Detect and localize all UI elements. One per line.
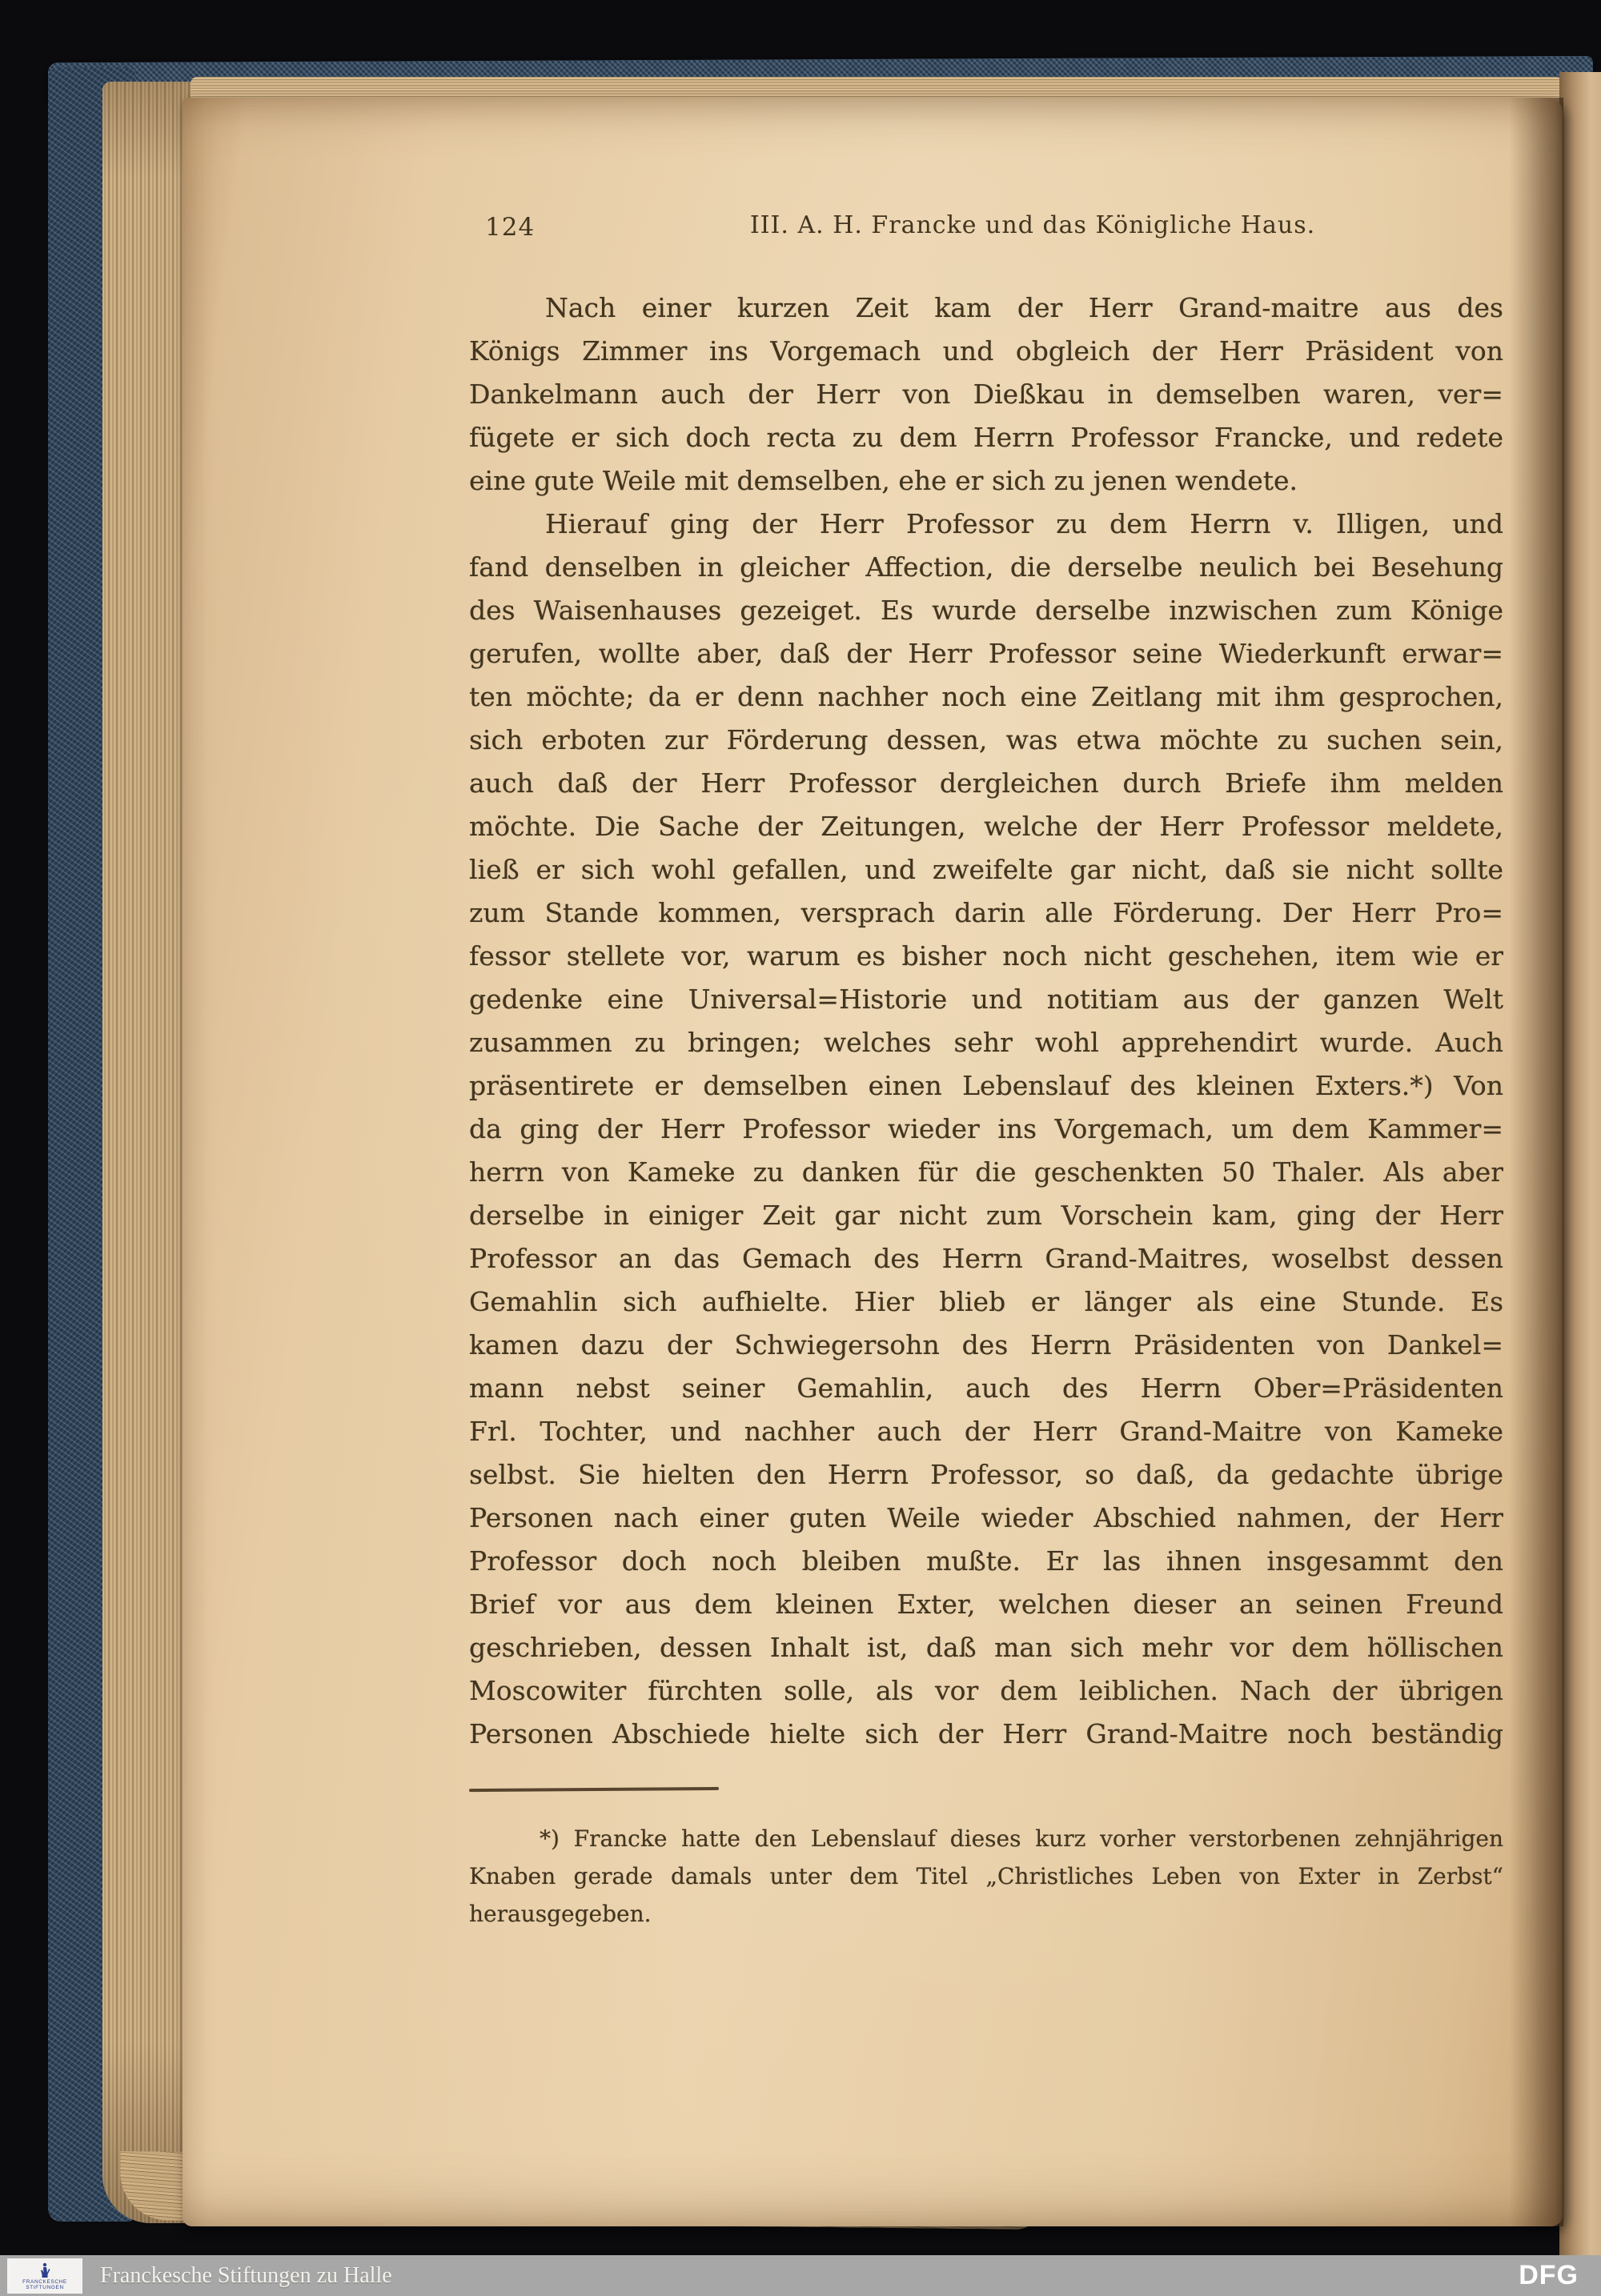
body-text-line: Dankelmann auch der Herr von Dießkau in … [469, 373, 1503, 416]
footnote-line: Knaben gerade damals unter dem Titel „Ch… [469, 1857, 1503, 1895]
body-text-line: Nach einer kurzen Zeit kam der Herr Gran… [469, 286, 1503, 330]
body-text-line: gedenke eine Universal=Historie und noti… [469, 978, 1503, 1021]
book-scan: 124 III. A. H. Francke und das Königlich… [0, 0, 1601, 2296]
body-text-line: kamen dazu der Schwiegersohn des Herrn P… [469, 1324, 1503, 1367]
body-text-line: selbst. Sie hielten den Herrn Professor,… [469, 1453, 1503, 1497]
body-text-line: fügete er sich doch recta zu dem Herrn P… [469, 416, 1503, 459]
body-text-line: Frl. Tochter, und nachher auch der Herr … [469, 1410, 1503, 1453]
body-text-line: ließ er sich wohl gefallen, und zweifelt… [469, 848, 1503, 892]
footnote-line: herausgegeben. [469, 1895, 1503, 1933]
body-text-line: Personen nach einer guten Weile wieder A… [469, 1497, 1503, 1540]
footnote-separator [469, 1787, 719, 1792]
body-text-line: da ging der Herr Professor wieder ins Vo… [469, 1108, 1503, 1151]
book-gutter-shadow [1509, 98, 1563, 2226]
page-number: 124 [485, 213, 535, 242]
body-text-line: Moscowiter fürchten solle, als vor dem l… [469, 1669, 1503, 1713]
body-text-line: Königs Zimmer ins Vorgemach und obgleich… [469, 330, 1503, 373]
body-text-line: auch daß der Herr Professor dergleichen … [469, 762, 1503, 805]
footnote: *) Francke hatte den Lebenslauf dieses k… [469, 1820, 1503, 1933]
body-text-line: sich erboten zur Förderung dessen, was e… [469, 719, 1503, 762]
body-text-line: gerufen, wollte aber, daß der Herr Profe… [469, 632, 1503, 675]
body-text-line: ten möchte; da er denn nachher noch eine… [469, 675, 1503, 719]
footnote-line: *) Francke hatte den Lebenslauf dieses k… [469, 1820, 1503, 1857]
body-text-line: Professor doch noch bleiben mußte. Er la… [469, 1540, 1503, 1583]
body-text-line: Professor an das Gemach des Herrn Grand-… [469, 1237, 1503, 1280]
body-text-line: zusammen zu bringen; welches sehr wohl a… [469, 1021, 1503, 1064]
body-text-line: fessor stellete vor, warum es bisher noc… [469, 935, 1503, 978]
book-page: 124 III. A. H. Francke und das Königlich… [183, 98, 1563, 2226]
body-text-line: des Waisenhauses gezeiget. Es wurde ders… [469, 589, 1503, 632]
body-text-line: herrn von Kameke zu danken für die gesch… [469, 1151, 1503, 1194]
body-text-line: Gemahlin sich aufhielte. Hier blieb er l… [469, 1280, 1503, 1324]
body-text-line: möchte. Die Sache der Zeitungen, welche … [469, 805, 1503, 848]
body-text-line: Brief vor aus dem kleinen Exter, welchen… [469, 1583, 1503, 1626]
viewer-footer-bar: FRANCKESCHE STIFTUNGEN Franckesche Stift… [0, 2255, 1601, 2296]
body-text-line: zum Stande kommen, versprach darin alle … [469, 892, 1503, 935]
facing-page-edge [1559, 72, 1601, 2255]
body-text-line: Personen Abschiede hielte sich der Herr … [469, 1713, 1503, 1756]
body-text-line: derselbe in einiger Zeit gar nicht zum V… [469, 1194, 1503, 1237]
franckesche-stiftungen-logo: FRANCKESCHE STIFTUNGEN [7, 2258, 82, 2294]
logo-text-line1: FRANCKESCHE [22, 2279, 67, 2285]
franckesche-logo-icon [38, 2262, 51, 2278]
body-text: Nach einer kurzen Zeit kam der Herr Gran… [469, 286, 1503, 1756]
dfg-logo: DFG [1519, 2255, 1579, 2296]
body-text-line: geschrieben, dessen Inhalt ist, daß man … [469, 1626, 1503, 1669]
body-text-line: eine gute Weile mit demselben, ehe er si… [469, 459, 1503, 503]
body-text-line: präsentirete er demselben einen Lebensla… [469, 1064, 1503, 1108]
body-text-line: mann nebst seiner Gemahlin, auch des Her… [469, 1367, 1503, 1410]
running-header: III. A. H. Francke und das Königliche Ha… [632, 211, 1433, 239]
logo-text-line2: STIFTUNGEN [26, 2285, 64, 2290]
body-text-line: Hierauf ging der Herr Professor zu dem H… [469, 503, 1503, 546]
institution-label: Franckesche Stiftungen zu Halle [100, 2255, 392, 2296]
body-text-line: fand denselben in gleicher Affection, di… [469, 546, 1503, 589]
